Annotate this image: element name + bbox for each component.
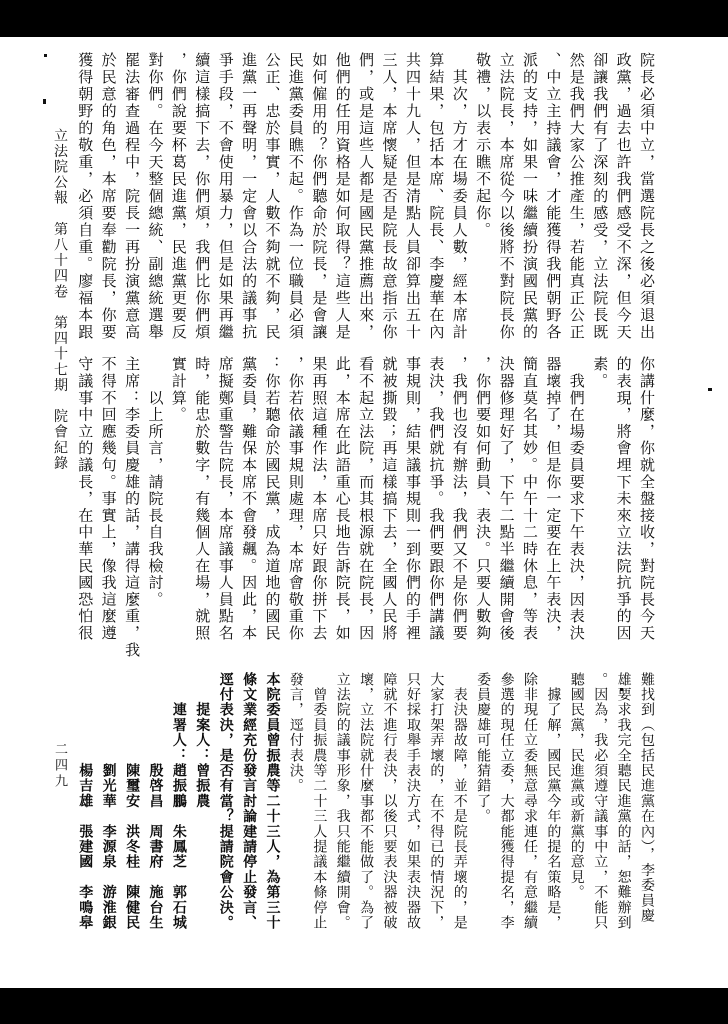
text-column: 算結果，包括本席、院長、李慶華在內	[424, 52, 447, 352]
text-column: 果再照這種作法，本席只好跟你拼下去	[307, 356, 330, 656]
text-block-middle: 你講什麼，你就全盤接收，對院長今天 的表現，將會埋下未來立法院抗爭的因 素。 我…	[70, 356, 658, 656]
text-column: 共四十九人，但是清點人員卻算出五十	[401, 52, 424, 352]
text-column: 卻讓我們有了深刻的感受，立法院長既	[588, 52, 611, 352]
text-block-top: 院長必須中立，當選院長之後必須退出 政黨，過去也許我們感受不深，但今天 卻讓我們…	[70, 52, 658, 352]
text-column: 素。	[588, 356, 611, 656]
text-column: 的表現，將會埋下未來立法院抗爭的因	[611, 356, 634, 656]
motion-text-column: 條文業經充份發言討論建請停止發言、	[237, 672, 260, 934]
journal-header: 立法院公報 第八十四卷 第四十七期 院會紀錄	[49, 128, 71, 488]
text-column: 發言，逕付表決。	[284, 672, 307, 934]
bottom-border-band	[0, 988, 728, 1024]
cosigner-column: 殷啓昌 周書府 施台生	[143, 672, 166, 934]
text-column: 壞，立法院就什麼事都不能做了。為了	[354, 672, 377, 934]
text-column: 就被撕毀；再這樣搞下去，全國人民將	[377, 356, 400, 656]
text-column: 進黨一再聲明，一定會以合法的議事抗	[237, 52, 260, 352]
cosigner-column: 連署人：趙振鵬 朱鳳芝 郭石城	[166, 672, 189, 934]
text-column: 決器修理好了，下午二點半繼續開會後	[494, 356, 517, 656]
text-column: 席擬鄭重警告院長，本席議事人員點名	[213, 356, 236, 656]
text-column: 此，本席在此語重心長地告訴院長，如	[330, 356, 353, 656]
text-column: 簡直莫名其妙。中午十二時休息，等表	[518, 356, 541, 656]
text-column: 難找到（包括民進黨在內），李委員慶	[635, 672, 658, 934]
text-column: ：你若聽命於國民黨，成為道地的國民	[260, 356, 283, 656]
text-column: 。因為，我必須遵守議事中立，不能只	[588, 672, 611, 934]
page-number: 二四九	[49, 742, 69, 812]
text-column: 罷法審查過程中，院長一再扮演黨意高	[120, 52, 143, 352]
scan-speck	[620, 688, 623, 691]
text-column: 政黨，過去也許我們感受不深，但今天	[611, 52, 634, 352]
text-column: ，你們說要杯葛民進黨，民進黨更要反	[166, 52, 189, 352]
text-column: 據了解，國民黨今年的提名策略是，	[541, 672, 564, 934]
text-column: 除非現任立委無意尋求連任，有意繼續	[518, 672, 541, 934]
text-column: 他們的任用資格是如何取得？這些人是	[330, 52, 353, 352]
cosigner-column: 陳璽安 洪冬桂 陳健民	[120, 672, 143, 934]
text-column: 不得不回應幾句。事實上，像我這麼遵	[96, 356, 119, 656]
text-column: 獲得朝野的敬重，必須自重。廖福本跟	[73, 52, 96, 352]
text-column: 其次，方才在場委員人數，經本席計	[447, 52, 470, 352]
text-column: 們，或是這些人都是國民黨推薦出來，	[354, 52, 377, 352]
text-column: 只好採取舉手表決方式，如果表決器故	[401, 672, 424, 934]
text-column: 實計算。	[166, 356, 189, 656]
text-column: 黨委員，難保本席不會發飆。因此，本	[237, 356, 260, 656]
text-column: 立法院的議事形象，我只能繼續開會。	[330, 672, 353, 934]
text-column: 公正、忠於事實，人數不夠就不夠，民	[260, 52, 283, 352]
text-column: 、中立主持議會，才能獲得我們朝野各	[541, 52, 564, 352]
text-column: 守議事中立的議長，在中華民國恐怕很	[73, 356, 96, 656]
text-column: 看不起立法院，而其根源就在院長，因	[354, 356, 377, 656]
text-column: 大家打架弄壞的，在不得已的情況下，	[424, 672, 447, 934]
text-column: 主席：李委員慶雄的話，講得這麼重，我	[120, 356, 143, 656]
text-column: 立法院長，本席從今以後將不對院長你	[494, 52, 517, 352]
text-column: 然是我們大家公推產生，若能真正公正	[564, 52, 587, 352]
motion-text-column: 逕付表決，是否有當？提請院會公決。	[213, 672, 236, 934]
top-border-band	[0, 0, 728, 37]
cosigner-column: 楊吉雄 張建國 李鳴皋	[73, 672, 96, 934]
scan-speck	[708, 388, 712, 391]
text-column: ，我們也沒有辦法，我們又不是你們要	[447, 356, 470, 656]
text-column: 時，能忠於數字，有幾個人在場，就照	[190, 356, 213, 656]
text-column: 聽國民黨，民進黨或新黨的意見。	[564, 672, 587, 934]
proposer-column: 提案人：曾振農	[190, 672, 213, 934]
text-column: 委員慶雄可能猜錯了。	[471, 672, 494, 934]
text-column: 於民意的角色，本席要奉勸院長，你要	[96, 52, 119, 352]
text-column: 表決，我們就抗爭。我們要跟你們講議	[424, 356, 447, 656]
text-column: 參選的現任立委，大都能獲得提名，李	[494, 672, 517, 934]
text-column: 院長必須中立，當選院長之後必須退出	[635, 52, 658, 352]
text-column: 三人，本席懷疑是否是院長故意指示你	[377, 52, 400, 352]
text-column: 雄要求我完全聽民進黨的話，恕難辦到	[611, 672, 634, 934]
scan-speck	[44, 54, 47, 57]
text-column: 續這樣搞下去，你們煩，我們比你們煩	[190, 52, 213, 352]
text-column: 表決器故障，並不是院長弄壞的，是	[447, 672, 470, 934]
scan-speck	[43, 99, 46, 104]
text-column: 民進黨委員瞧不起。作為一位職員必須	[284, 52, 307, 352]
cosigner-column: 劉光華 李源泉 游淮銀	[96, 672, 119, 934]
text-column: 敬禮，以表示瞧不起你。	[471, 52, 494, 352]
text-column: 爭手段，不會使用暴力，但是如果再繼	[213, 52, 236, 352]
text-column: 如何僱用的？你們聽命於院長，是會讓	[307, 52, 330, 352]
text-column: 對你們。在今天整個總統、副總統選舉	[143, 52, 166, 352]
text-column: 派的支持，如果一味繼續扮演國民黨的	[518, 52, 541, 352]
text-block-bottom: 難找到（包括民進黨在內），李委員慶 雄要求我完全聽民進黨的話，恕難辦到 。因為，…	[70, 672, 658, 934]
text-column: 你講什麼，你就全盤接收，對院長今天	[635, 356, 658, 656]
text-column: 器壞掉了，但是你一定要在上午表決，	[541, 356, 564, 656]
text-column: 我們在場委員要求下午表決，因表決	[564, 356, 587, 656]
text-column: ，你若依議事規則處理，本席會敬重你	[284, 356, 307, 656]
text-column: 以上所言，請院長自我檢討。	[143, 356, 166, 656]
text-column: 事規則，結果議事規則一到你們的手裡	[401, 356, 424, 656]
motion-text-column: 本院委員曾振農等二十三人，為第三十	[260, 672, 283, 934]
text-column: ，你們要如何動員、表決。只要人數夠	[471, 356, 494, 656]
text-column: 曾委員振農等二十三人提議本條停止	[307, 672, 330, 934]
text-column: 障就不進行表決，以後只要表決器被破	[377, 672, 400, 934]
